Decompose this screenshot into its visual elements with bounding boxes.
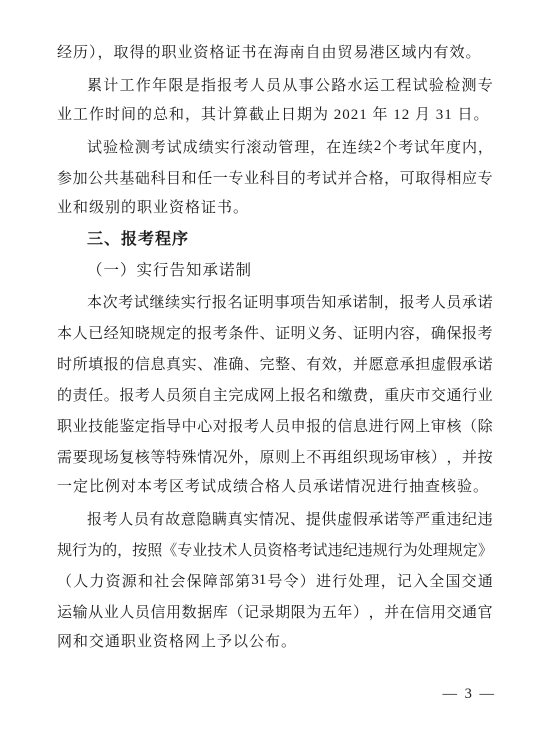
text-token: 工 (120, 74, 135, 95)
text-token: 试 (322, 167, 337, 188)
text-token: 意 (384, 353, 399, 374)
text-token: 目 (166, 167, 181, 188)
text-token: 保 (446, 322, 461, 343)
text-line: 规行为的，按照《专业技术人员资格考试违纪违规行为处理规定》 (57, 534, 493, 565)
text-token: 科 (150, 167, 165, 188)
text-token: 不 (306, 446, 321, 467)
text-token: 名 (228, 291, 243, 312)
text-token: 愿 (369, 353, 384, 374)
text-token: 报 (119, 384, 134, 405)
text-token: 交 (462, 570, 477, 591)
text-token: 令 (284, 570, 299, 591)
text-token: 知 (119, 322, 134, 343)
text-token: 实 (243, 508, 258, 529)
text-token: 规 (448, 539, 463, 560)
text-token: 第 (235, 570, 250, 591)
text-token: 通 (462, 601, 477, 622)
text-token: 试 (313, 539, 328, 560)
text-token: 个 (382, 136, 397, 157)
text-token: 实 (181, 291, 196, 312)
text-token: 、 (290, 508, 305, 529)
text-token: 须 (182, 384, 197, 405)
text-token: 假 (446, 353, 461, 374)
text-token: 核 (446, 415, 461, 436)
text-token: 并 (384, 601, 399, 622)
text-token: 等 (400, 508, 415, 529)
text-token: 》 (478, 539, 493, 560)
text-token: ， (415, 322, 430, 343)
text-token: 上 (415, 415, 430, 436)
text-token: 考 (118, 291, 133, 312)
text-token: 通 (446, 384, 461, 405)
text-token: 公 (88, 167, 103, 188)
text-token: 试 (134, 291, 149, 312)
text-line: 累计工作年限是指报考人员从事公路水运工程试验检测专 (57, 69, 493, 100)
text-token: 的 (291, 167, 306, 188)
text-token: 况 (213, 446, 228, 467)
text-token: 证 (353, 322, 368, 343)
text-token: 原 (260, 446, 275, 467)
text-token: 处 (418, 539, 433, 560)
text-token: 上 (291, 446, 306, 467)
text-token: 报 (400, 291, 415, 312)
text-token: 完 (228, 384, 243, 405)
text-token: 承 (337, 291, 352, 312)
text-token: 纪 (462, 508, 477, 529)
text-token: 诺 (353, 291, 368, 312)
text-token: 格 (282, 539, 297, 560)
text-token: 组 (337, 446, 352, 467)
text-token: 按 (478, 446, 493, 467)
text-token: 虚 (337, 508, 352, 529)
text-token: 号 (267, 570, 282, 591)
text-token: 工 (380, 74, 395, 95)
text-token: 殊 (182, 446, 197, 467)
text-token: 报 (306, 415, 321, 436)
text-token: 的 (119, 353, 134, 374)
text-token: 人 (119, 601, 134, 622)
text-token: 项 (290, 291, 305, 312)
text-token: 术 (222, 539, 237, 560)
text-token: 人 (250, 74, 265, 95)
text-token: 滚 (246, 136, 261, 157)
text-token: 提 (306, 508, 321, 529)
text-token: 重 (431, 508, 446, 529)
text-token: 行 (384, 415, 399, 436)
text-token: 为 (87, 539, 102, 560)
text-token: 得 (431, 167, 446, 188)
text-token: 报 (291, 384, 306, 405)
text-token: 时 (57, 353, 72, 374)
text-token: 并 (337, 167, 352, 188)
text-token: 庆 (400, 384, 415, 405)
text-line: 试验检测考试成绩实行滚动管理，在连续2个考试年度内， (57, 131, 493, 162)
text-token: 担 (415, 353, 430, 374)
text-token: 人 (431, 291, 446, 312)
text-token: 中 (182, 415, 197, 436)
text-token: 信 (150, 601, 165, 622)
text-token: 绩 (199, 136, 214, 157)
text-token: 理 (433, 539, 448, 560)
text-line: 时所填报的信息真实、准确、完整、有效，并愿意承担虚假承诺 (57, 348, 493, 379)
text-token: 市 (415, 384, 430, 405)
text-token: 资 (106, 570, 121, 591)
text-token: 和 (182, 167, 197, 188)
text-token: ， (381, 570, 396, 591)
text-token: 行 (332, 570, 347, 591)
text-token: 公 (315, 74, 330, 95)
text-token: 和 (138, 570, 153, 591)
text-token: 在 (326, 136, 341, 157)
text-token: ， (369, 384, 384, 405)
text-token: 确 (431, 322, 446, 343)
text-token: 考 (135, 384, 150, 405)
text-line: 一定比例对本考区考试成绩合格人员承诺情况进行抽查核验。 (57, 472, 493, 503)
text-token: 五 (322, 601, 337, 622)
text-token: 记 (244, 601, 259, 622)
text-token: 违 (328, 539, 343, 560)
text-token: 成 (183, 136, 198, 157)
text-token: 年 (430, 136, 445, 157)
text-token: 除 (478, 415, 493, 436)
text-token: 诺 (478, 353, 493, 374)
text-token: 专 (177, 539, 192, 560)
text-token: ， (117, 539, 132, 560)
text-token: 报 (87, 508, 102, 529)
text-token: 数 (182, 601, 197, 622)
text-token: 考 (298, 539, 313, 560)
text-token: 取 (415, 167, 430, 188)
text-token: 一 (213, 167, 228, 188)
text-token: 合 (353, 167, 368, 188)
text-token: 考 (478, 322, 493, 343)
text-token: 网 (260, 384, 275, 405)
section-heading: 三、报考程序 (57, 224, 493, 255)
text-token: 件 (244, 322, 259, 343)
text-token: 限 (291, 601, 306, 622)
text-token: 人 (260, 415, 275, 436)
text-token: 情 (197, 446, 212, 467)
text-token: 格 (369, 167, 384, 188)
text-token: 《 (162, 539, 177, 560)
text-token: 输 (73, 601, 88, 622)
text-token: 录 (260, 601, 275, 622)
text-token: 员 (266, 74, 281, 95)
text-token: 限 (168, 74, 183, 95)
text-token: 息 (353, 415, 368, 436)
text-token: 则 (275, 446, 290, 467)
text-token: 条 (228, 322, 243, 343)
text-token: 特 (166, 446, 181, 467)
text-token: 效 (322, 353, 337, 374)
text-token: ， (337, 353, 352, 374)
text-line: 需要现场复核等特殊情况外，原则上不再组织现场审核），并按 (57, 441, 493, 472)
page-number: — 3 — (443, 686, 497, 703)
text-token: 报 (462, 322, 477, 343)
text-token: 任 (88, 384, 103, 405)
text-token: 加 (73, 167, 88, 188)
text-token: 瞒 (212, 508, 227, 529)
text-token: 年 (337, 601, 352, 622)
text-token: 入 (413, 570, 428, 591)
text-token: 织 (353, 446, 368, 467)
text-token: （ (57, 570, 72, 591)
text-token: 水 (348, 74, 363, 95)
text-token: 、 (197, 353, 212, 374)
text-token: 会 (170, 570, 185, 591)
text-token: 交 (446, 601, 461, 622)
text-token: 晓 (135, 322, 150, 343)
text-token: 检 (119, 136, 134, 157)
text-token: 场 (104, 446, 119, 467)
text-token: 经 (104, 322, 119, 343)
text-token: 技 (88, 415, 103, 436)
text-token: 连 (342, 136, 357, 157)
text-token: 计 (103, 74, 118, 95)
text-token: 承 (462, 353, 477, 374)
text-token: 人 (237, 539, 252, 560)
text-token: 真 (166, 353, 181, 374)
text-token: 上 (275, 384, 290, 405)
text-token: 知 (321, 291, 336, 312)
text-token: 定 (166, 322, 181, 343)
text-token: 事 (275, 291, 290, 312)
text-token: 自 (197, 384, 212, 405)
text-token: 试 (414, 136, 429, 157)
text-token: 报 (197, 322, 212, 343)
text-token: 鉴 (119, 415, 134, 436)
text-token: 动 (262, 136, 277, 157)
text-token: 明 (291, 322, 306, 343)
text-token: 员 (135, 601, 150, 622)
text-token: 业 (104, 601, 119, 622)
text-token: 记 (397, 570, 412, 591)
text-token: 理 (294, 136, 309, 157)
text-token: 试 (167, 136, 182, 157)
text-token: 行 (388, 539, 403, 560)
text-line: 网和交通职业资格网上予以公布。 (57, 627, 493, 658)
text-token: 心 (197, 415, 212, 436)
text-token: 按 (132, 539, 147, 560)
text-token: 外 (228, 446, 243, 467)
text-token: 。 (104, 384, 119, 405)
text-token: 规 (373, 539, 388, 560)
text-token: 息 (150, 353, 165, 374)
text-token: 承 (400, 353, 415, 374)
text-token: 实 (215, 136, 230, 157)
text-token: 并 (353, 353, 368, 374)
text-token: 保 (187, 570, 202, 591)
text-token: 证 (275, 322, 290, 343)
text-token: 隐 (196, 508, 211, 529)
text-token: 进 (369, 415, 384, 436)
text-token: 完 (260, 353, 275, 374)
text-token: 承 (368, 508, 383, 529)
text-token: 制 (368, 291, 383, 312)
text-token: 员 (166, 384, 181, 405)
text-token: 诺 (478, 291, 493, 312)
text-token: 库 (213, 601, 228, 622)
text-token: 年 (152, 74, 167, 95)
text-token: 确 (228, 353, 243, 374)
text-token: 国 (445, 570, 460, 591)
text-token: 行 (230, 136, 245, 157)
text-token: 意 (181, 508, 196, 529)
text-token: 明 (259, 291, 274, 312)
text-token: 业 (478, 384, 493, 405)
text-token: 理 (365, 570, 380, 591)
text-token: 共 (104, 167, 119, 188)
text-token: 违 (358, 539, 373, 560)
text-token: 行 (72, 539, 87, 560)
text-token: 的 (102, 539, 117, 560)
text-token: 程 (396, 74, 411, 95)
text-token: 考 (244, 415, 259, 436)
text-token: 源 (122, 570, 137, 591)
text-token: 和 (322, 384, 337, 405)
text-token: 从 (88, 601, 103, 622)
text-token: 为 (403, 539, 418, 560)
text-token: 期 (275, 601, 290, 622)
text-token: 员 (275, 415, 290, 436)
text-token: 验 (103, 136, 118, 157)
text-token: 网 (400, 415, 415, 436)
text-token: 、 (337, 322, 352, 343)
text-token: 主 (213, 384, 228, 405)
text-line: 本人已经知晓规定的报考条件、证明义务、证明内容，确保报考 (57, 317, 493, 348)
text-token: 测 (461, 74, 476, 95)
text-token: （ (462, 415, 477, 436)
text-token: 人 (118, 508, 133, 529)
text-line: 经历），取得的职业资格证书在海南自由贸易港区域内有效。 (57, 38, 493, 69)
text-token: 人 (150, 384, 165, 405)
text-token: 要 (73, 446, 88, 467)
text-token: ， (446, 446, 461, 467)
text-line: 本次考试继续实行报名证明事项告知承诺制，报考人员承诺 (57, 286, 493, 317)
text-token: 填 (88, 353, 103, 374)
text-token: 交 (431, 384, 446, 405)
text-token: 内 (462, 136, 477, 157)
text-token: 专 (228, 167, 243, 188)
text-token: 等 (150, 446, 165, 467)
text-token: 业 (73, 415, 88, 436)
text-token: 定 (463, 539, 478, 560)
text-line: 运输从业人员信用数据库（记录期限为五年），并在信用交通官 (57, 596, 493, 627)
text-token: 为 (306, 601, 321, 622)
text-token: 明 (369, 322, 384, 343)
text-token: 作 (136, 74, 151, 95)
text-token: 参 (57, 167, 72, 188)
text-token: 审 (431, 415, 446, 436)
text-token: 可 (400, 167, 415, 188)
text-token: 员 (252, 539, 267, 560)
text-token: 准 (213, 353, 228, 374)
text-token: 障 (203, 570, 218, 591)
text-token: 承 (462, 291, 477, 312)
text-token: 用 (166, 601, 181, 622)
text-token: 证 (243, 291, 258, 312)
text-token: ， (310, 136, 325, 157)
text-token: 缴 (337, 384, 352, 405)
text-token: 人 (73, 322, 88, 343)
text-token: 考 (151, 136, 166, 157)
text-token: 进 (316, 570, 331, 591)
text-token: 度 (446, 136, 461, 157)
text-token: 31 (251, 572, 266, 589)
text-token: ， (384, 291, 399, 312)
text-token: 据 (197, 601, 212, 622)
text-token: 用 (431, 601, 446, 622)
text-token: 告 (306, 291, 321, 312)
text-line: 业和级别的职业资格证书。 (57, 193, 493, 224)
text-token: 测 (135, 136, 150, 157)
text-token: 、 (244, 353, 259, 374)
text-token: 员 (446, 291, 461, 312)
text-token: 有 (150, 508, 165, 529)
text-token: 运 (57, 601, 72, 622)
text-token: 违 (446, 508, 461, 529)
text-line: 职业技能鉴定指导中心对报考人员申报的信息进行网上审核（除 (57, 410, 493, 441)
text-token: 整 (275, 353, 290, 374)
text-token: 人 (73, 570, 88, 591)
text-token: 报 (217, 74, 232, 95)
text-token: ） (300, 570, 315, 591)
text-token: 考 (103, 508, 118, 529)
text-token: 行 (196, 291, 211, 312)
text-token: 续 (358, 136, 373, 157)
text-token: 行 (462, 384, 477, 405)
text-token: 的 (57, 384, 72, 405)
text-token: 管 (278, 136, 293, 157)
text-token: 成 (244, 384, 259, 405)
text-token: 信 (415, 601, 430, 622)
text-token: 对 (213, 415, 228, 436)
text-token: ） (353, 601, 368, 622)
text-token: 专 (478, 74, 493, 95)
text-line: 报考人员有故意隐瞒真实情况、提供虚假承诺等严重违纪违 (57, 503, 493, 534)
text-token: 报 (104, 353, 119, 374)
text-token: 续 (165, 291, 180, 312)
text-token: 现 (369, 446, 384, 467)
text-token: 考 (398, 136, 413, 157)
text-token: 违 (478, 508, 493, 529)
text-token: 的 (182, 322, 197, 343)
text-token: 检 (445, 74, 460, 95)
text-token: 次 (103, 291, 118, 312)
text-token: 继 (150, 291, 165, 312)
text-token: 全 (429, 570, 444, 591)
text-token: 是 (185, 74, 200, 95)
text-token: 内 (384, 322, 399, 343)
text-token: 应 (462, 167, 477, 188)
text-token: 现 (88, 446, 103, 467)
text-token: 定 (135, 415, 150, 436)
text-token: 照 (147, 539, 162, 560)
text-token: 处 (348, 570, 363, 591)
text-token: 验 (429, 74, 444, 95)
text-token: 路 (331, 74, 346, 95)
text-token: 规 (57, 539, 72, 560)
text-token: 科 (260, 167, 275, 188)
text-token: 虚 (431, 353, 446, 374)
text-token: 容 (400, 322, 415, 343)
text-token: 复 (119, 446, 134, 467)
text-token: 考 (234, 74, 249, 95)
text-line: 参加公共基础科目和任一专业科目的考试并合格，可取得相应专 (57, 162, 493, 193)
text-token: 部 (219, 570, 234, 591)
text-token: 况 (275, 508, 290, 529)
text-token: 累 (87, 74, 102, 95)
